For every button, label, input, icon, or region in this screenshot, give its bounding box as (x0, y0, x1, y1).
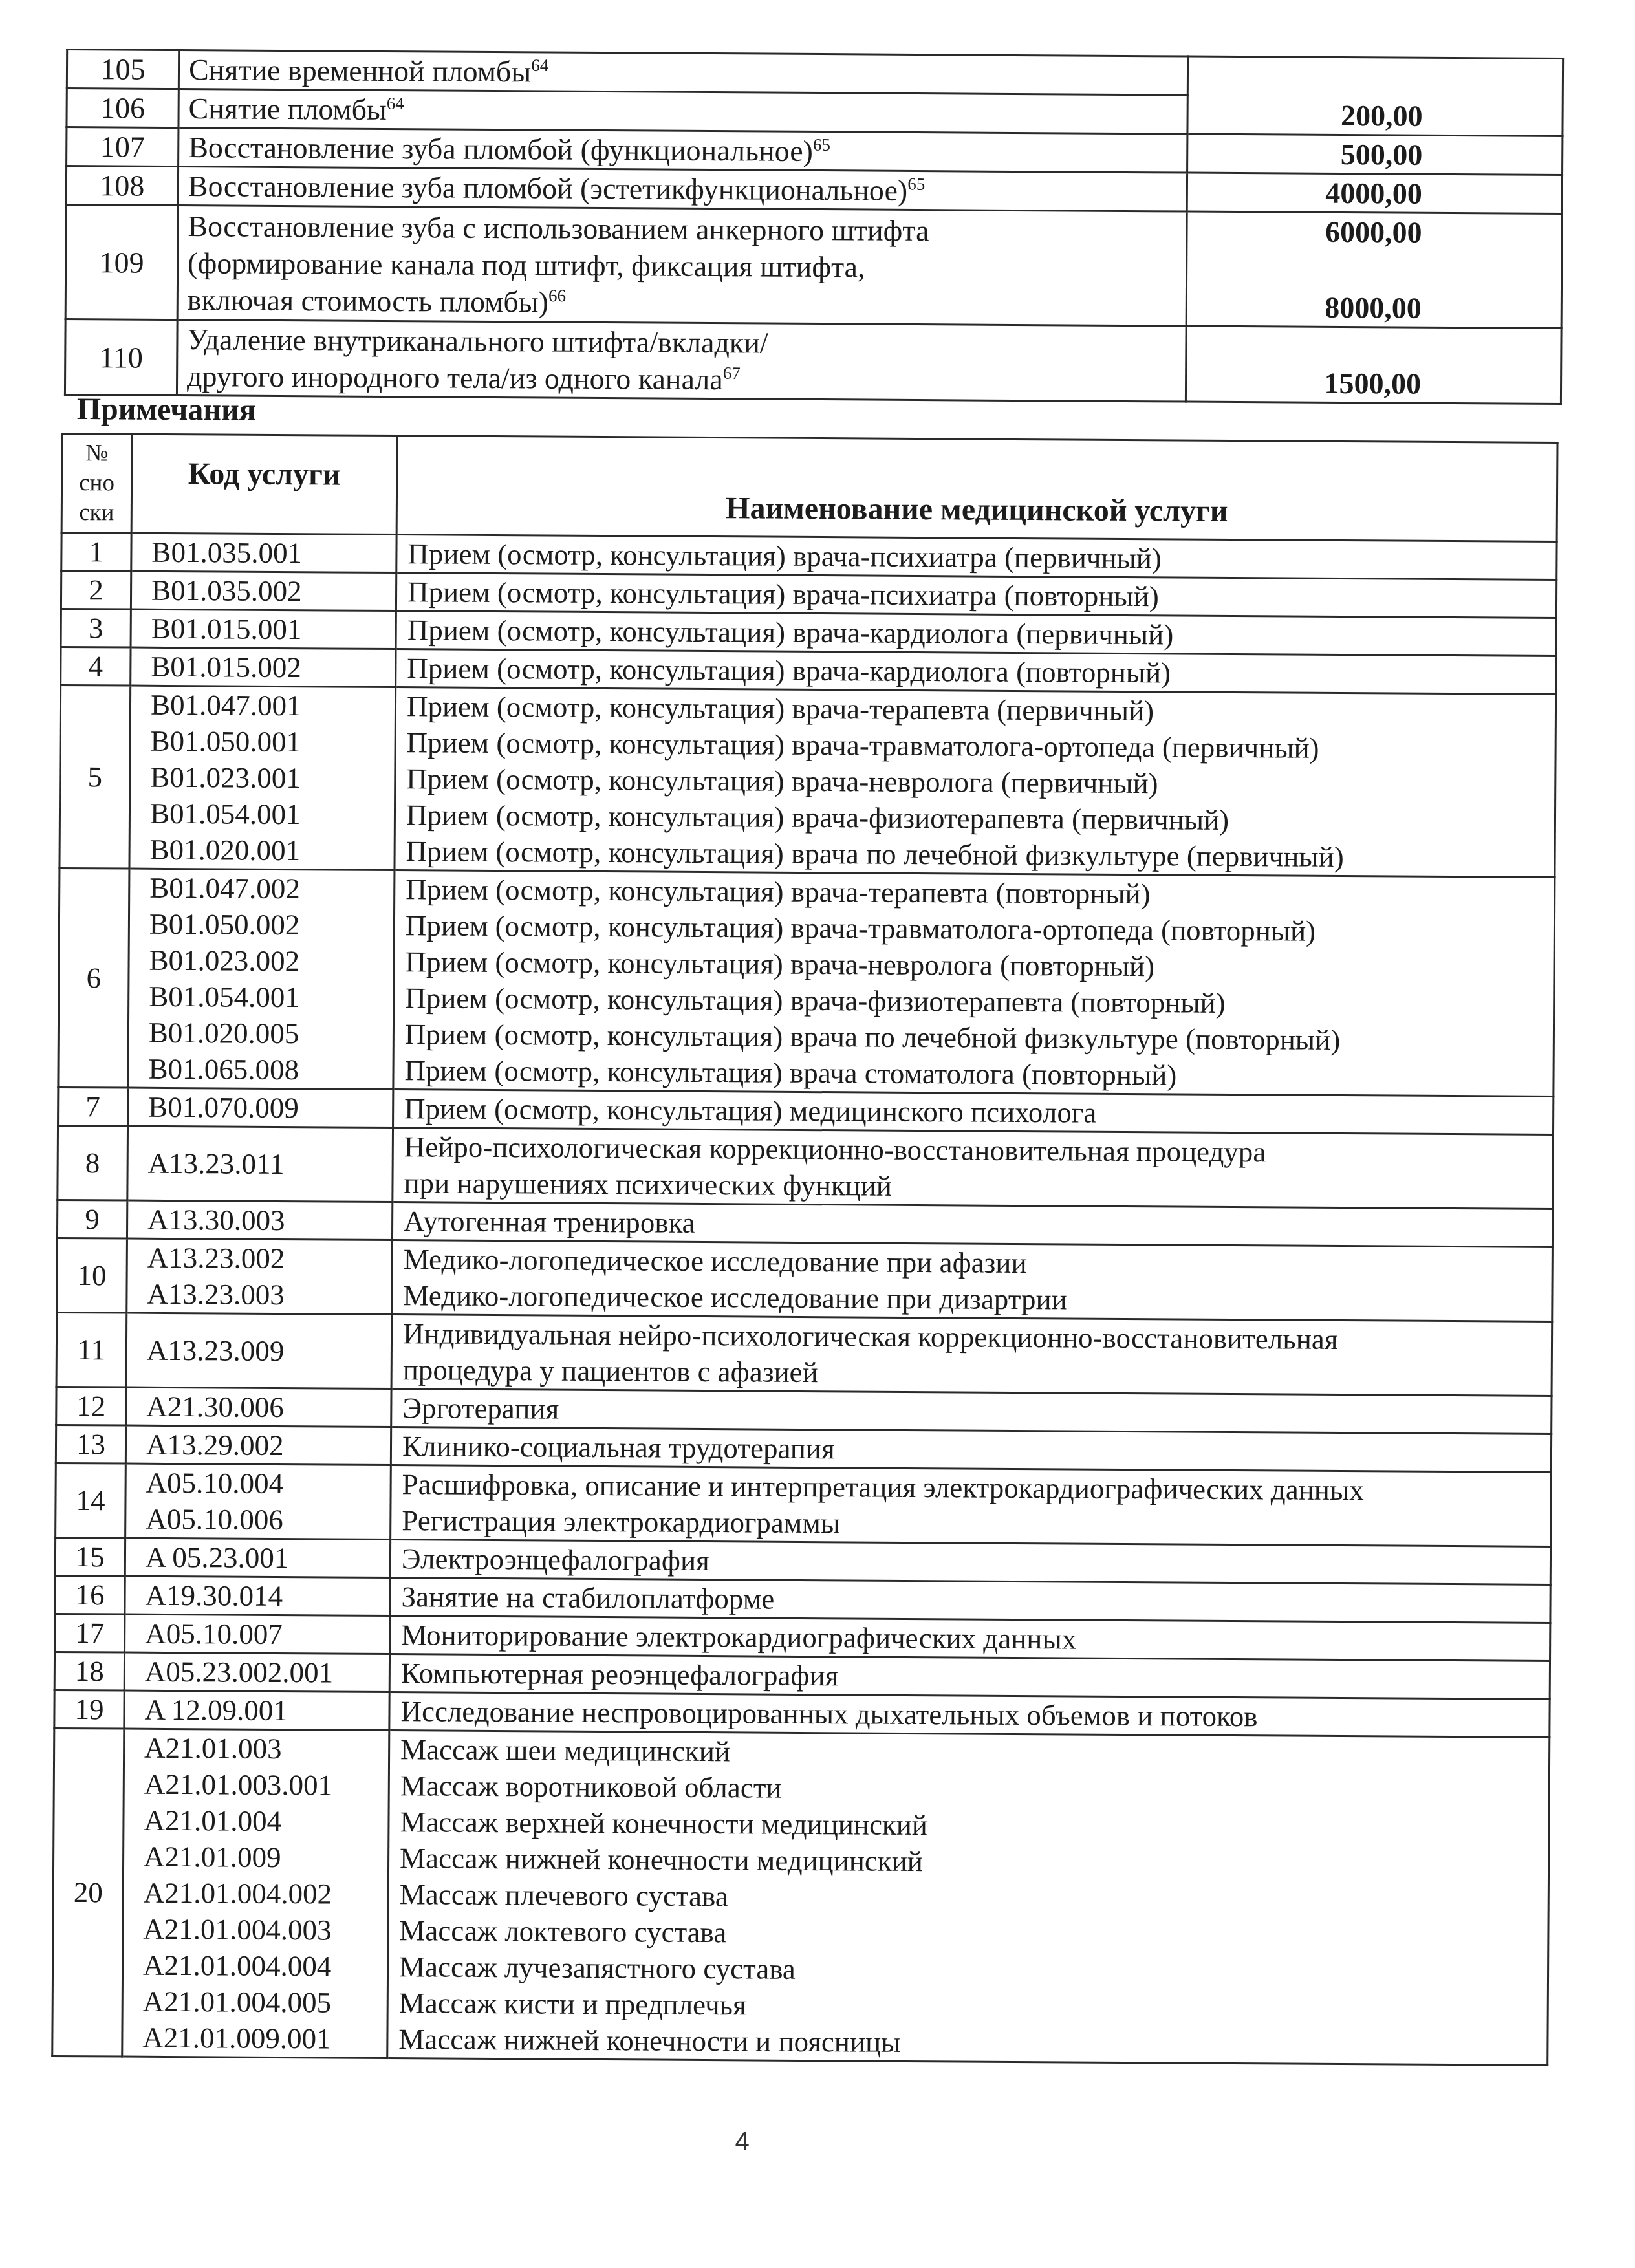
service-names: Прием (осмотр, консультация) врача-психи… (396, 535, 1557, 580)
service-name: Клинико-социальная трудотерапия (402, 1428, 1541, 1471)
service-name: Прием (осмотр, консультация) врача-психи… (407, 574, 1546, 617)
service-name: Прием (осмотр, консультация) медицинског… (404, 1090, 1543, 1134)
price-row: 109Восстановление зуба с использованием … (65, 204, 1562, 328)
document-page: 105Снятие временной пломбы64106Снятие пл… (0, 0, 1635, 2268)
service-codes: B01.015.001 (131, 609, 396, 649)
service-name: Снятие временной пломбы64 (179, 50, 1187, 96)
page-number: 4 (735, 2127, 750, 2156)
service-name: Восстановление зуба с использованием анк… (177, 206, 1187, 327)
price-row: 110Удаление внутриканального штифта/вкла… (65, 319, 1561, 404)
note-row: 20A21.01.003A21.01.003.001A21.01.004A21.… (52, 1728, 1550, 2065)
service-code: A21.01.004.002 (144, 1875, 378, 1912)
footnote-ref: 66 (548, 286, 566, 305)
service-codes: A 05.23.001 (125, 1538, 390, 1578)
note-row: 6B01.047.002B01.050.002B01.023.002B01.05… (58, 868, 1555, 1096)
service-code: B01.020.005 (149, 1015, 384, 1052)
footnote-number: 14 (56, 1463, 126, 1538)
service-codes: B01.047.002B01.050.002B01.023.002B01.054… (128, 869, 395, 1089)
service-codes: A05.23.002.001 (124, 1652, 389, 1692)
footnote-number: 18 (54, 1652, 124, 1690)
service-code: A13.30.003 (147, 1202, 382, 1239)
footnote-number: 15 (55, 1537, 125, 1576)
note-row: 11A13.23.009Индивидуальная нейро-психоло… (56, 1312, 1552, 1396)
service-code: A21.01.004 (144, 1802, 378, 1840)
service-name-line: включая стоимость пломбы) (188, 283, 548, 318)
service-names: Мониторирование электрокардиографических… (390, 1616, 1550, 1661)
service-codes: B01.035.001 (131, 533, 396, 573)
service-code: A21.01.004.003 (143, 1911, 378, 1949)
service-name: Медико-логопедическое исследование при д… (403, 1277, 1542, 1321)
footnote-number: 4 (61, 647, 131, 686)
service-code: B01.020.001 (149, 832, 384, 869)
header-service-name: Наименование медицинской услуги (396, 436, 1557, 542)
row-number: 106 (67, 88, 179, 127)
service-name: Занятие на стабилоплатформе (401, 1579, 1540, 1622)
footnote-ref: 65 (813, 135, 830, 155)
service-price-value: 1500,00 (1324, 367, 1421, 400)
service-name-text: Снятие временной пломбы (189, 53, 532, 88)
service-price: 6000,008000,00 (1186, 211, 1562, 329)
service-price: 1500,00 (1186, 326, 1561, 404)
service-code: B01.023.002 (149, 942, 384, 980)
service-price: 200,00 (1187, 95, 1563, 136)
service-names: Прием (осмотр, консультация) врача-психи… (396, 573, 1556, 618)
service-code: B01.047.002 (149, 870, 384, 907)
service-name: Электроэнцефалография (402, 1540, 1541, 1584)
service-name-text: Снятие пломбы (188, 92, 387, 126)
service-code: A05.23.002.001 (145, 1654, 380, 1691)
service-name: Массаж нижней конечности и поясницы (398, 2021, 1537, 2064)
service-codes: A13.29.002 (125, 1425, 391, 1465)
row-number: 109 (65, 204, 178, 319)
service-code: B01.023.001 (150, 759, 385, 797)
service-name: процедура у пациентов с афазией (403, 1352, 1542, 1395)
service-code: A 12.09.001 (144, 1692, 379, 1729)
row-number: 105 (67, 49, 179, 89)
row-number: 107 (67, 127, 179, 166)
footnote-number: 19 (54, 1690, 124, 1729)
service-code: A13.29.002 (146, 1427, 381, 1464)
service-name-line: Восстановление зуба с использованием анк… (188, 208, 1176, 250)
footnote-ref: 67 (723, 363, 741, 383)
service-code: A21.01.009 (144, 1839, 378, 1876)
service-names: Массаж шеи медицинскийМассаж воротниково… (387, 1731, 1550, 2066)
service-price-value: 4000,00 (1325, 177, 1422, 210)
service-code: B01.015.001 (151, 610, 386, 648)
service-code: B01.065.008 (148, 1051, 383, 1088)
note-row: 14A05.10.004A05.10.006Расшифровка, описа… (56, 1463, 1552, 1546)
service-code: A21.30.006 (146, 1388, 381, 1426)
footnote-number: 6 (58, 868, 129, 1088)
service-names: Электроэнцефалография (390, 1540, 1550, 1585)
footnote-number: 2 (61, 570, 131, 609)
service-name-text: Восстановление зуба пломбой (эстетикфунк… (188, 169, 908, 207)
header-footnote-no: № сно ски (61, 433, 132, 533)
service-codes: A 12.09.001 (124, 1690, 389, 1731)
service-names: Клинико-социальная трудотерапия (391, 1427, 1551, 1473)
footnote-number: 3 (61, 609, 131, 647)
service-codes: A19.30.014 (125, 1576, 390, 1616)
service-code: B01.015.002 (151, 649, 385, 686)
service-names: Компьютерная реоэнцефалография (389, 1654, 1550, 1700)
service-code: A21.01.003.001 (144, 1766, 379, 1804)
service-code: A05.10.006 (146, 1501, 380, 1539)
footnote-number: 9 (57, 1200, 127, 1238)
service-code: A21.01.009.001 (142, 2020, 377, 2057)
service-name: Прием (осмотр, консультация) врача-карди… (407, 650, 1546, 693)
service-price-value: 8000,00 (1196, 288, 1422, 327)
service-names: Прием (осмотр, консультация) врача-терап… (393, 870, 1555, 1097)
service-codes: B01.015.002 (131, 647, 396, 687)
service-name-line: Удаление внутриканального штифта/вкладки… (187, 321, 1176, 363)
service-codes: A13.30.003 (127, 1200, 392, 1240)
footnote-ref: 64 (387, 94, 404, 113)
service-names: Занятие на стабилоплатформе (390, 1578, 1550, 1623)
service-name: Удаление внутриканального штифта/вкладки… (177, 320, 1186, 402)
service-code: B01.035.002 (151, 572, 386, 610)
price-table: 105Снятие временной пломбы64106Снятие пл… (64, 49, 1564, 405)
service-codes: B01.047.001B01.050.001B01.023.001B01.054… (129, 686, 396, 870)
row-number: 108 (66, 166, 178, 205)
service-codes: A21.01.003A21.01.003.001A21.01.004A21.01… (122, 1729, 389, 2058)
footnote-ref: 64 (531, 56, 548, 75)
service-name: Прием (осмотр, консультация) врача-карди… (407, 612, 1546, 655)
service-price: 500,00 (1187, 134, 1563, 175)
service-name: Компьютерная реоэнцефалография (401, 1655, 1540, 1698)
service-code: A19.30.014 (145, 1577, 380, 1615)
service-name: Исследование неспровоцированных дыхатель… (400, 1693, 1539, 1736)
service-price (1187, 56, 1563, 98)
service-name: Мониторирование электрокардиографических… (401, 1617, 1540, 1660)
service-name: Восстановление зуба пломбой (функциональ… (179, 128, 1187, 173)
footnote-number: 1 (61, 532, 131, 571)
header-code: Код услуги (131, 434, 397, 535)
service-code: B01.047.001 (151, 687, 385, 724)
service-code: B01.054.001 (150, 795, 385, 833)
service-codes: A05.10.004A05.10.006 (125, 1463, 391, 1540)
service-price-value: 6000,00 (1196, 213, 1422, 251)
footnote-number: 17 (55, 1614, 125, 1652)
service-name-text: Восстановление зуба пломбой (функциональ… (188, 131, 813, 167)
note-row: 5B01.047.001B01.050.001B01.023.001B01.05… (60, 685, 1556, 877)
service-names: Аутогенная тренировка (392, 1202, 1552, 1247)
service-code: A21.01.004.005 (143, 1983, 378, 2021)
footnote-number: 12 (56, 1387, 126, 1425)
service-code: B01.054.001 (149, 978, 384, 1016)
note-row: 10A13.23.002A13.23.003Медико-логопедичес… (57, 1238, 1553, 1321)
service-names: Прием (осмотр, консультация) врача-карди… (396, 649, 1556, 695)
service-code: B01.070.009 (148, 1089, 383, 1127)
service-codes: A21.30.006 (126, 1387, 391, 1427)
service-names: Индивидуальная нейро-психологическая кор… (391, 1315, 1552, 1396)
service-code: A13.23.009 (147, 1332, 382, 1370)
notes-heading: Примечания (77, 391, 256, 428)
service-codes: B01.035.002 (131, 571, 396, 611)
service-codes: A13.23.009 (126, 1313, 392, 1389)
footnote-number: 10 (57, 1238, 127, 1313)
service-code: A 05.23.001 (146, 1539, 380, 1577)
footnote-number: 20 (52, 1728, 124, 2057)
service-name-line: другого инородного тела/из одного канала (187, 360, 723, 396)
service-price-value: 500,00 (1341, 138, 1423, 171)
service-name: Регистрация электрокардиограммы (402, 1502, 1541, 1546)
footnote-number: 16 (55, 1575, 125, 1614)
service-code: B01.050.002 (149, 906, 384, 944)
service-name: Прием (осмотр, консультация) врача по ле… (406, 833, 1544, 876)
service-code: B01.050.001 (151, 723, 385, 761)
footnote-number: 7 (58, 1087, 128, 1126)
service-names: Медико-логопедическое исследование при а… (392, 1240, 1553, 1322)
service-code: A05.10.007 (145, 1615, 380, 1653)
service-name: Прием (осмотр, консультация) врача-психи… (407, 535, 1546, 579)
service-names: Исследование неспровоцированных дыхатель… (389, 1692, 1550, 1738)
notes-header-row: № сно ски Код услуги Наименование медици… (61, 433, 1557, 541)
service-codes: A13.23.002A13.23.003 (127, 1238, 393, 1315)
service-code: B01.035.001 (151, 534, 386, 572)
service-price: 4000,00 (1187, 173, 1562, 214)
footnote-ref: 65 (907, 175, 925, 194)
service-codes: B01.070.009 (128, 1088, 393, 1128)
service-names: Расшифровка, описание и интерпретация эл… (391, 1465, 1552, 1547)
service-names: Эрготерапия (391, 1389, 1552, 1434)
service-name-line: (формирование канала под штифт, фиксация… (188, 244, 1176, 287)
service-price-value: 200,00 (1341, 99, 1423, 133)
service-codes: A05.10.007 (125, 1614, 390, 1654)
service-name: Восстановление зуба пломбой (эстетикфунк… (178, 167, 1187, 212)
service-names: Прием (осмотр, консультация) медицинског… (393, 1090, 1554, 1135)
service-code: A13.23.011 (148, 1145, 383, 1183)
service-name: при нарушениях психических функций (404, 1165, 1543, 1208)
service-code: A05.10.004 (146, 1465, 380, 1502)
service-code: A13.23.002 (147, 1240, 382, 1277)
notes-table: № сно ски Код услуги Наименование медици… (51, 433, 1558, 2066)
footnote-number: 8 (58, 1125, 128, 1200)
service-names: Нейро-психологическая коррекционно-восст… (393, 1128, 1554, 1209)
footnote-number: 11 (56, 1312, 127, 1387)
service-name: Аутогенная тренировка (404, 1203, 1543, 1246)
note-row: 8A13.23.011Нейро-психологическая коррекц… (58, 1125, 1554, 1209)
service-name: Снятие пломбы64 (179, 89, 1187, 135)
service-code: A21.01.004.004 (143, 1947, 378, 1985)
service-name: Прием (осмотр, консультация) врача стома… (404, 1052, 1543, 1096)
service-codes: A13.23.011 (127, 1126, 393, 1202)
service-name: Эрготерапия (402, 1390, 1541, 1433)
service-code: A21.01.003 (144, 1730, 379, 1767)
service-code: A13.23.003 (147, 1276, 382, 1313)
service-names: Прием (осмотр, консультация) врача-терап… (395, 687, 1556, 878)
footnote-number: 13 (56, 1425, 125, 1463)
service-names: Прием (осмотр, консультация) врача-карди… (396, 611, 1556, 656)
row-number: 110 (65, 319, 177, 395)
footnote-number: 5 (60, 685, 131, 869)
